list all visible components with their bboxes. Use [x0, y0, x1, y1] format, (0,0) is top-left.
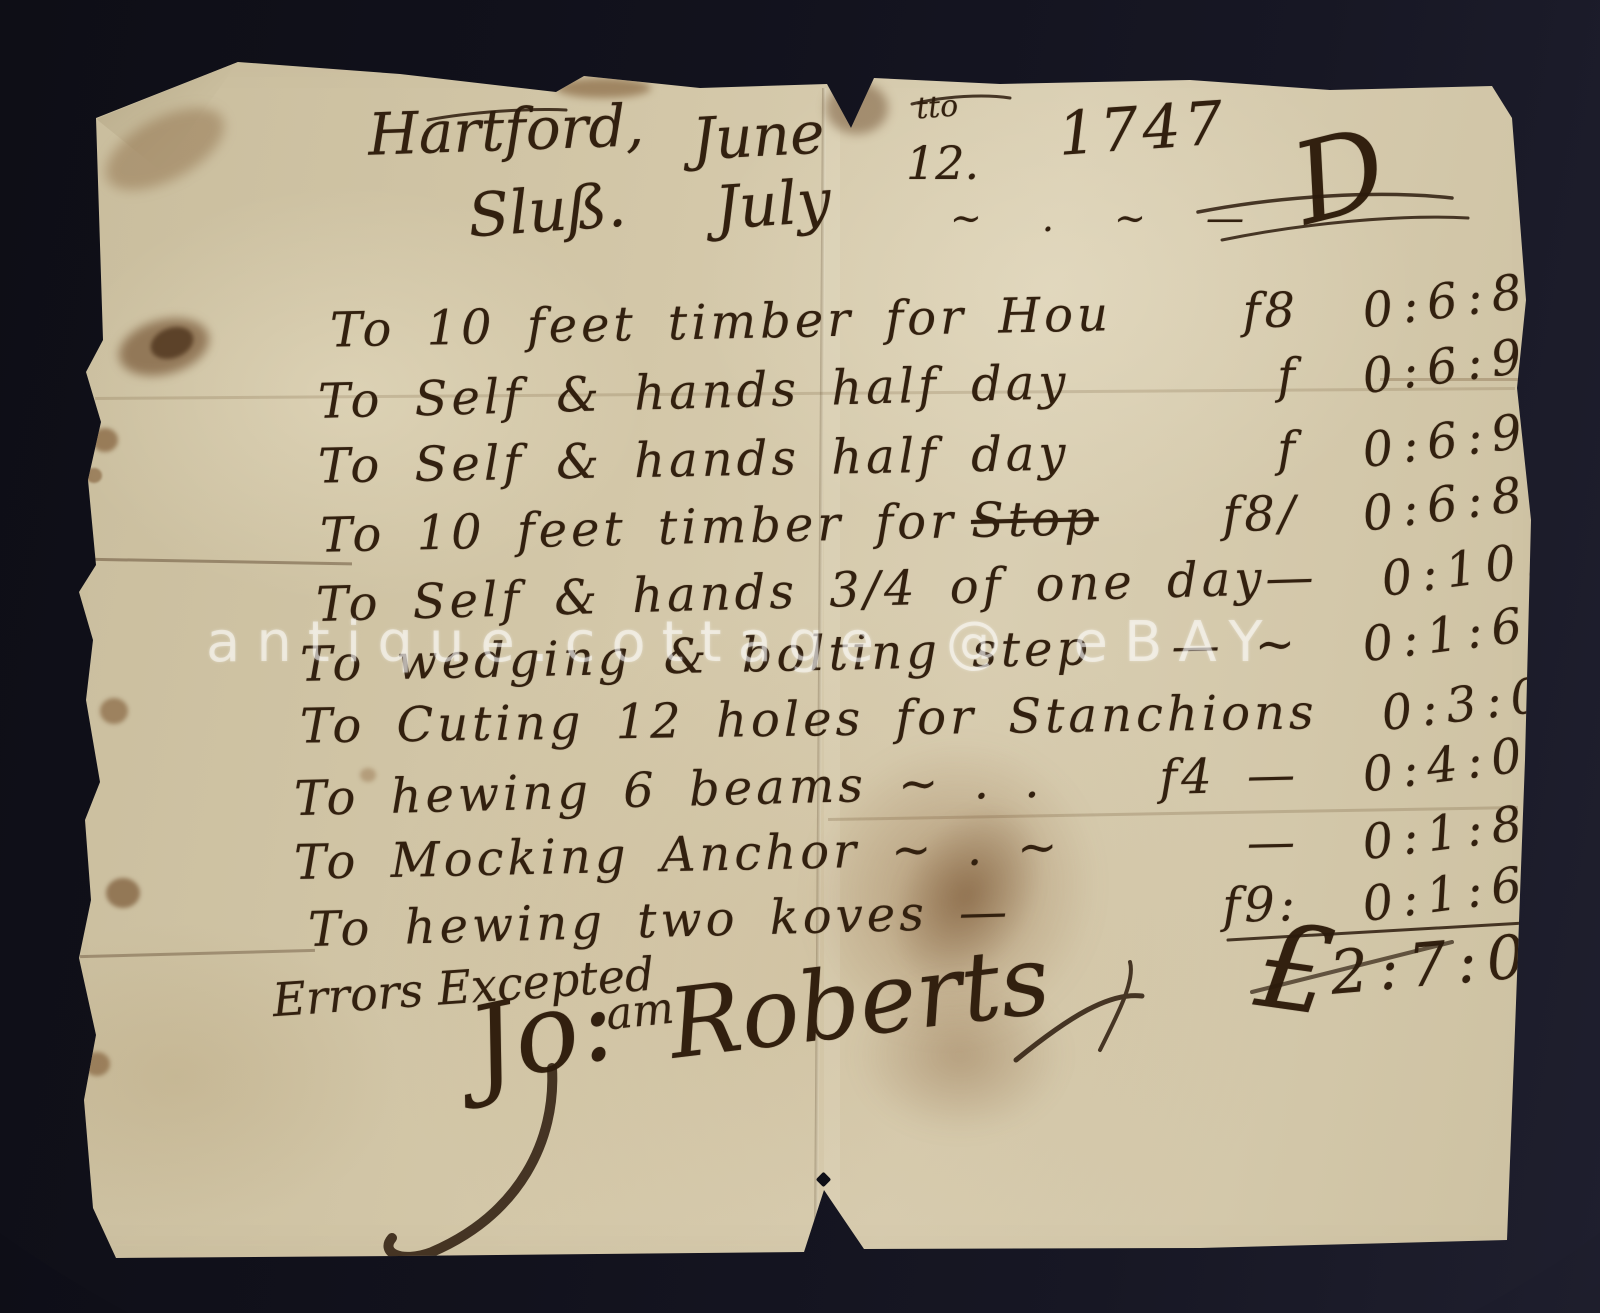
day-superscript-text: tto: [915, 89, 960, 127]
stain-spot: [826, 82, 888, 134]
item-fee: —: [1265, 549, 1319, 606]
item-fee: f8/: [1222, 486, 1300, 544]
account-period-text: July: [713, 166, 833, 244]
item-fee: f4 —: [1159, 747, 1300, 806]
year-text: 1747: [1056, 88, 1229, 170]
item-fee: f8: [1242, 282, 1299, 339]
stain-spot: [100, 698, 128, 724]
item-fee: f: [1277, 421, 1300, 477]
item-fee: f: [1276, 348, 1299, 405]
month-text: June: [690, 99, 826, 174]
item-struck-word: Stop: [970, 490, 1099, 549]
seller-watermark: antique.cottage @ eBAY: [206, 610, 1279, 675]
stain-spot: [86, 468, 102, 483]
trailing-pen-marks: ~ . ~ —: [950, 196, 1268, 240]
stain-spot: [106, 878, 140, 908]
stain-spot: [84, 1052, 110, 1076]
day-text: 12.: [906, 136, 979, 190]
account-name-text: Sluß.: [466, 171, 629, 252]
stain-spot: [92, 428, 118, 452]
place-text: Hartford,: [367, 91, 645, 169]
photo-of-antique-receipt: Hartford, June tto 12. 1747 Sluß. July ~…: [0, 0, 1600, 1313]
item-fee: —: [1246, 814, 1299, 871]
